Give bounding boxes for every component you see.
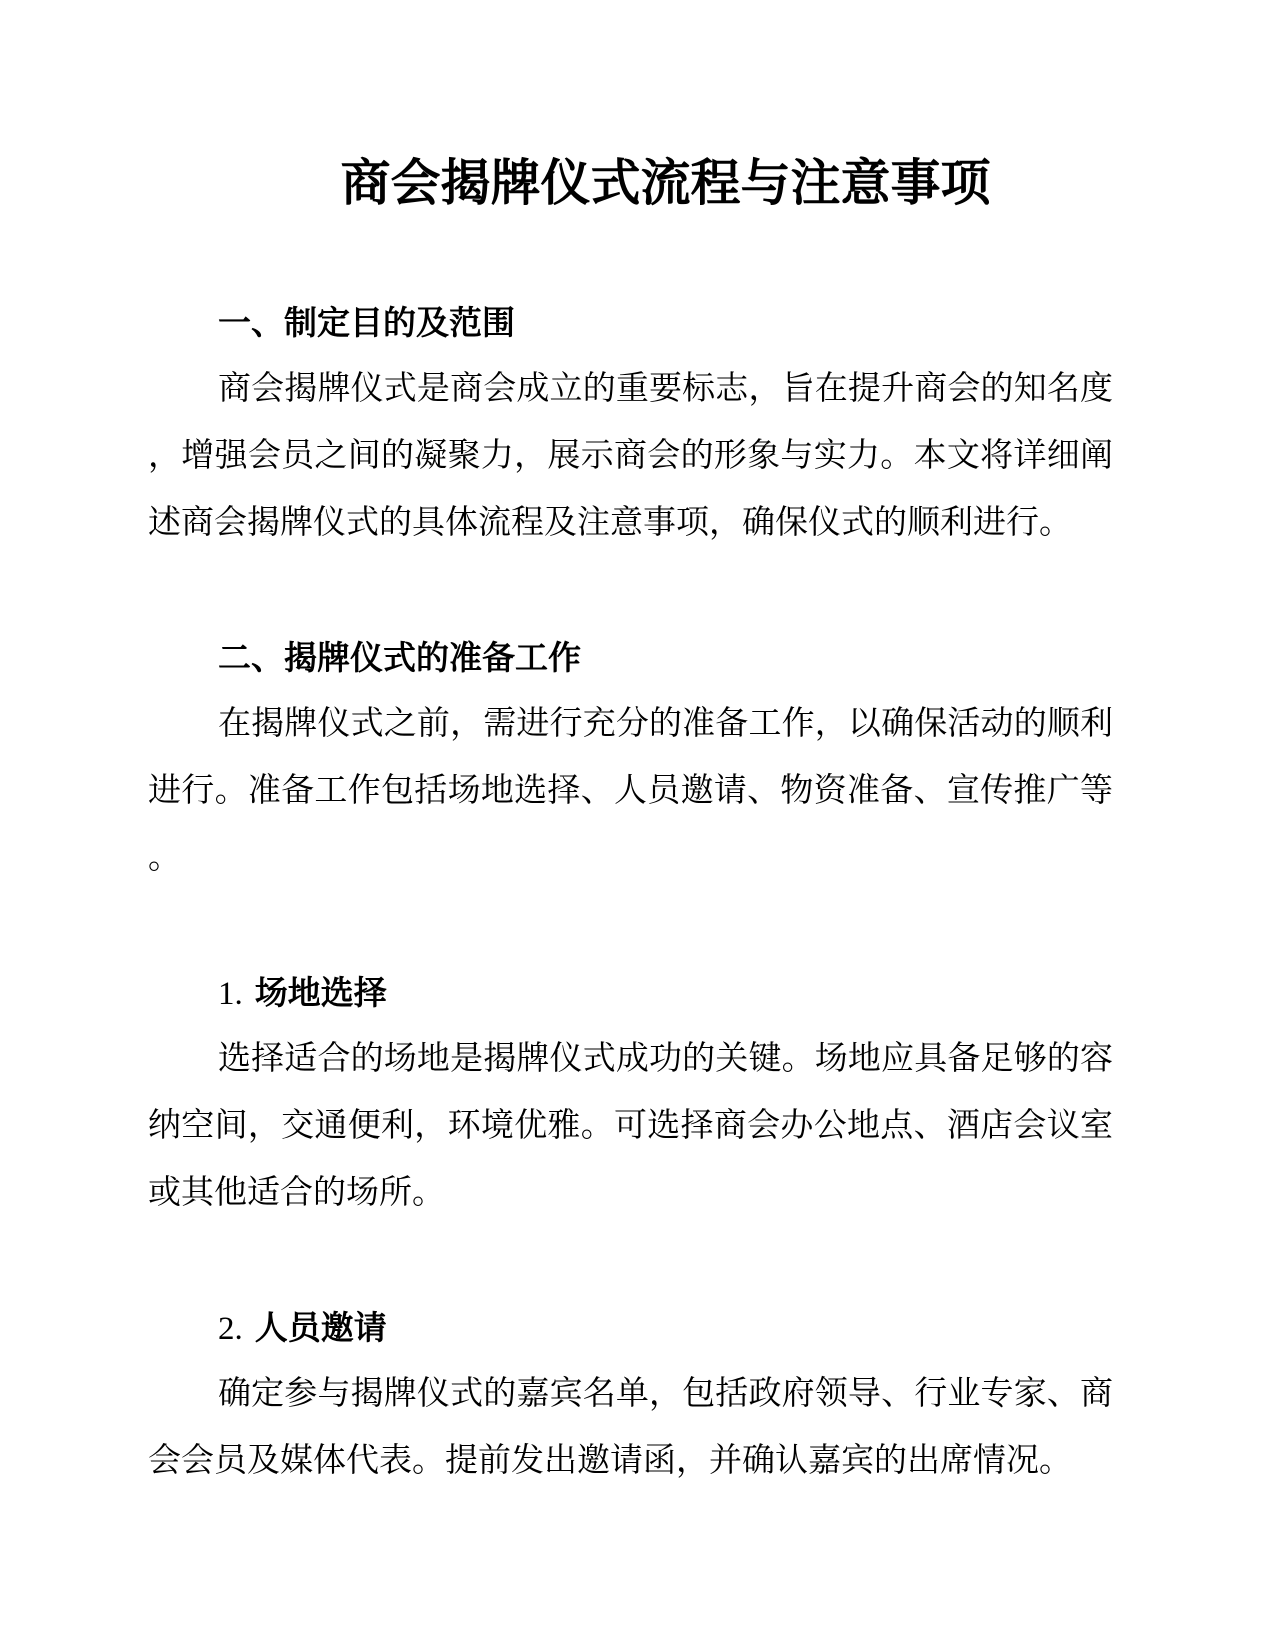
- body-line: 商会揭牌仪式是商会成立的重要标志，旨在提升商会的知名度: [148, 356, 1113, 423]
- section-heading-2: 二、揭牌仪式的准备工作: [148, 624, 1113, 691]
- body-line: 。: [148, 825, 1113, 892]
- document-page: 商会揭牌仪式流程与注意事项 一、制定目的及范围 商会揭牌仪式是商会成立的重要标志…: [0, 0, 1275, 1650]
- document-title: 商会揭牌仪式流程与注意事项: [0, 141, 1275, 225]
- subsection-number: 1.: [218, 976, 243, 1012]
- section-title: 制定目的及范围: [284, 304, 515, 341]
- body-line: 确定参与揭牌仪式的嘉宾名单，包括政府领导、行业专家、商: [148, 1361, 1113, 1428]
- body-line: 或其他适合的场所。: [148, 1160, 1113, 1227]
- section-title: 揭牌仪式的准备工作: [284, 639, 581, 676]
- body-line: 纳空间，交通便利，环境优雅。可选择商会办公地点、酒店会议室: [148, 1093, 1113, 1160]
- subsection-number: 2.: [218, 1311, 243, 1347]
- body-line: 进行。准备工作包括场地选择、人员邀请、物资准备、宣传推广等: [148, 758, 1113, 825]
- subsection-heading-2: 2.人员邀请: [148, 1294, 1113, 1361]
- body-line: 述商会揭牌仪式的具体流程及注意事项，确保仪式的顺利进行。: [148, 490, 1113, 557]
- section-number: 一、: [218, 304, 284, 341]
- body-line: 选择适合的场地是揭牌仪式成功的关键。场地应具备足够的容: [148, 1026, 1113, 1093]
- subsection-title: 场地选择: [255, 974, 387, 1011]
- section-number: 二、: [218, 639, 284, 676]
- subsection-heading-1: 1.场地选择: [148, 959, 1113, 1026]
- subsection-title: 人员邀请: [255, 1309, 387, 1346]
- section-heading-1: 一、制定目的及范围: [148, 289, 1113, 356]
- body-line: 在揭牌仪式之前，需进行充分的准备工作，以确保活动的顺利: [148, 691, 1113, 758]
- body-line: 会会员及媒体代表。提前发出邀请函，并确认嘉宾的出席情况。: [148, 1428, 1113, 1495]
- body-line: ，增强会员之间的凝聚力，展示商会的形象与实力。本文将详细阐: [148, 423, 1113, 490]
